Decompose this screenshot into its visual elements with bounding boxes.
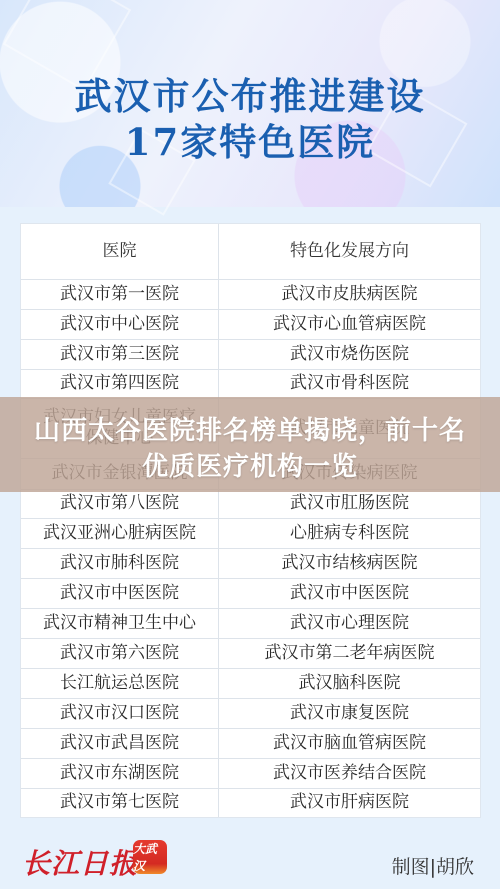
header-hospital: 医院 — [21, 224, 219, 279]
table-row: 武汉市武昌医院 武汉市脑血管病医院 — [21, 728, 480, 759]
table-row: 武汉市中心医院 武汉市心血管病医院 — [21, 309, 480, 340]
hospital-cell: 武汉市第四医院 — [21, 369, 219, 398]
hospital-cell: 武汉市第七医院 — [21, 788, 219, 817]
app-logo-icon: 大武汉 — [133, 840, 167, 874]
graphic-credit: 制图|胡欣 — [392, 852, 474, 879]
table-row: 武汉市第八医院 武汉市肛肠医院 — [21, 489, 480, 519]
direction-cell: 武汉市肛肠医院 — [219, 489, 480, 518]
hospital-cell: 武汉市汉口医院 — [21, 698, 219, 728]
direction-cell: 武汉市肝病医院 — [219, 788, 480, 817]
table-header: 医院 特色化发展方向 — [21, 224, 480, 280]
table-row: 长江航运总医院 武汉脑科医院 — [21, 668, 480, 699]
hospital-cell: 武汉市第三医院 — [21, 339, 219, 369]
table-row: 武汉市第七医院 武汉市肝病医院 — [21, 788, 480, 817]
overlay-headline: 山西太谷医院排名榜单揭晓，前十名优质医疗机构一览 — [30, 413, 470, 485]
direction-cell: 武汉市烧伤医院 — [219, 339, 480, 369]
hospital-cell: 武汉亚洲心脏病医院 — [21, 518, 219, 548]
direction-cell: 武汉市康复医院 — [219, 698, 480, 728]
direction-cell: 武汉市脑血管病医院 — [219, 728, 480, 758]
direction-cell: 武汉市心理医院 — [219, 608, 480, 638]
table-row: 武汉市第四医院 武汉市骨科医院 — [21, 369, 480, 399]
hero-banner: 武汉市公布推进建设 17家特色医院 — [0, 0, 500, 207]
table-row: 武汉市精神卫生中心 武汉市心理医院 — [21, 608, 480, 639]
direction-cell: 武汉市第二老年病医院 — [219, 638, 480, 668]
direction-cell: 武汉市结核病医院 — [219, 548, 480, 578]
hospital-cell: 武汉市中医医院 — [21, 578, 219, 608]
direction-cell: 武汉市皮肤病医院 — [219, 279, 480, 309]
direction-cell: 武汉市医养结合医院 — [219, 758, 480, 788]
table-row: 武汉市中医医院 武汉市中医医院 — [21, 578, 480, 609]
table-row: 武汉市第六医院 武汉市第二老年病医院 — [21, 638, 480, 669]
direction-cell: 武汉脑科医院 — [219, 668, 480, 698]
table-row: 武汉亚洲心脏病医院 心脏病专科医院 — [21, 518, 480, 549]
hospital-cell: 武汉市精神卫生中心 — [21, 608, 219, 638]
hospital-cell: 武汉市第一医院 — [21, 279, 219, 309]
hospital-cell: 武汉市东湖医院 — [21, 758, 219, 788]
page-title-line2: 17家特色医院 — [0, 112, 500, 166]
hospital-cell: 武汉市中心医院 — [21, 309, 219, 339]
hospital-cell: 武汉市肺科医院 — [21, 548, 219, 578]
direction-cell: 心脏病专科医院 — [219, 518, 480, 548]
hospital-cell: 武汉市第八医院 — [21, 489, 219, 518]
direction-cell: 武汉市中医医院 — [219, 578, 480, 608]
hospital-table: 医院 特色化发展方向 武汉市第一医院 武汉市皮肤病医院 武汉市中心医院 武汉市心… — [20, 223, 481, 818]
newspaper-logo: 长江日报 — [22, 842, 138, 882]
table-row: 武汉市肺科医院 武汉市结核病医院 — [21, 548, 480, 579]
header-direction: 特色化发展方向 — [219, 224, 480, 279]
hospital-cell: 武汉市第六医院 — [21, 638, 219, 668]
table-row: 武汉市第三医院 武汉市烧伤医院 — [21, 339, 480, 370]
table-row: 武汉市第一医院 武汉市皮肤病医院 — [21, 279, 480, 310]
direction-cell: 武汉市骨科医院 — [219, 369, 480, 398]
hospital-cell: 长江航运总医院 — [21, 668, 219, 698]
table-row: 武汉市东湖医院 武汉市医养结合医院 — [21, 758, 480, 789]
direction-cell: 武汉市心血管病医院 — [219, 309, 480, 339]
hospital-cell: 武汉市武昌医院 — [21, 728, 219, 758]
table-row: 武汉市汉口医院 武汉市康复医院 — [21, 698, 480, 729]
